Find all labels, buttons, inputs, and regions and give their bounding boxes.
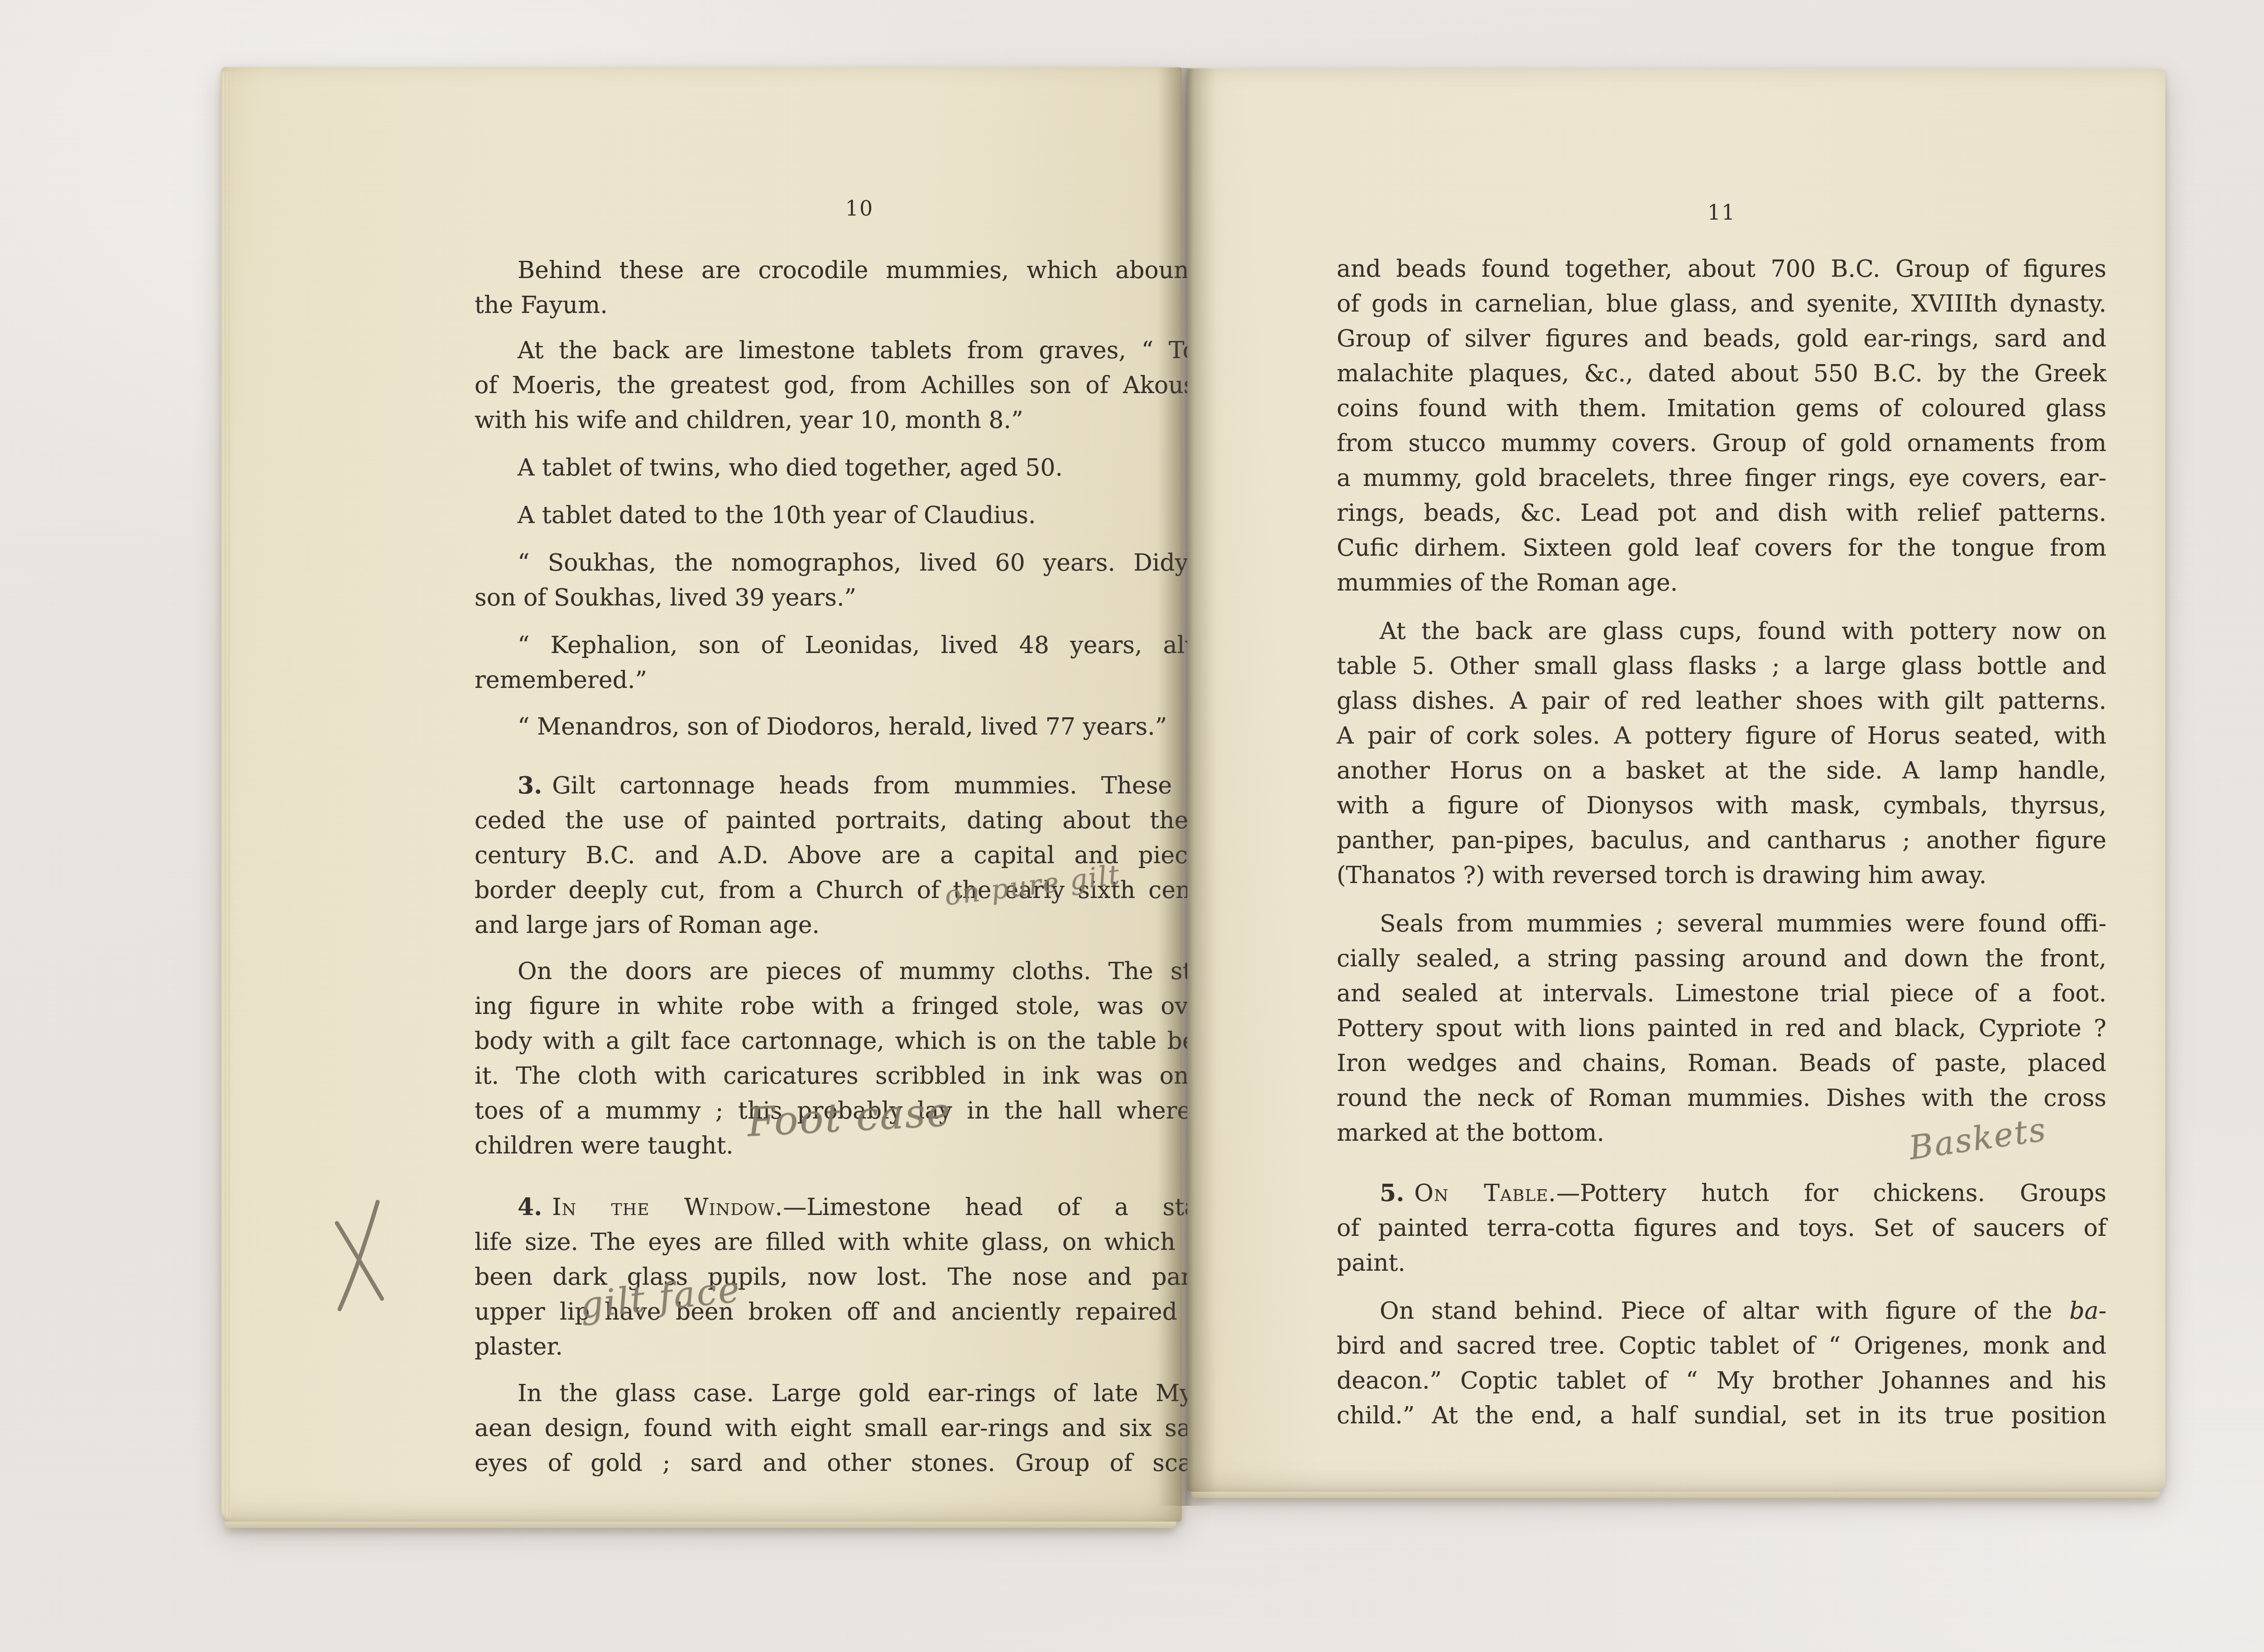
text-line: body with a gilt face cartonnage, which … <box>475 1024 1244 1059</box>
paragraph: and beads found together, about 700 B.C.… <box>1337 252 2106 600</box>
text-segment: 5. <box>1380 1179 1404 1207</box>
paragraph: A tablet of twins, who died together, ag… <box>475 451 1244 485</box>
text-line: ceded the use of painted portraits, dati… <box>475 803 1244 838</box>
text-line: Group of silver figures and beads, gold … <box>1337 322 2106 356</box>
text-segment: ba- <box>2069 1297 2106 1325</box>
text-line: plaster. <box>475 1330 1244 1364</box>
text-segment: On stand behind. Piece of altar with fig… <box>1380 1297 2069 1325</box>
text-line: son of Soukhas, lived 39 years.” <box>475 581 1244 615</box>
paragraph: “ Menandros, son of Diodoros, herald, li… <box>475 710 1244 744</box>
left-page-text-column: 10 Behind these are crocodile mummies, w… <box>475 196 1244 1481</box>
paragraph: At the back are glass cups, found with p… <box>1337 614 2106 893</box>
text-line: and sealed at intervals. Limestone trial… <box>1337 976 2106 1011</box>
text-line: glass dishes. A pair of red leather shoe… <box>1337 684 2106 719</box>
paragraph: 5.On Table.—Pottery hutch for chickens. … <box>1337 1176 2106 1281</box>
text-line: table 5. Other small glass flasks ; a la… <box>1337 649 2106 684</box>
text-line: Cufic dirhem. Sixteen gold leaf covers f… <box>1337 531 2106 566</box>
text-line: A tablet of twins, who died together, ag… <box>475 451 1244 485</box>
paragraph: A tablet dated to the 10th year of Claud… <box>475 498 1244 533</box>
text-line: panther, pan-pipes, baculus, and canthar… <box>1337 823 2106 858</box>
text-line: 4.In the Window.—Limestone head of a sta… <box>475 1190 1244 1225</box>
text-line: of painted terra-cotta figures and toys.… <box>1337 1211 2106 1246</box>
text-line: border deeply cut, from a Church of the … <box>475 873 1244 908</box>
paragraph: Seals from mummies ; several mummies wer… <box>1337 907 2106 1151</box>
text-line: from stucco mummy covers. Group of gold … <box>1337 426 2106 461</box>
paragraph: At the back are limestone tablets from g… <box>475 333 1244 438</box>
text-line: aean design, found with eight small ear-… <box>475 1411 1244 1446</box>
text-line: In the glass case. Large gold ear-rings … <box>475 1376 1244 1411</box>
text-line: toes of a mummy ; this probably lay in t… <box>475 1094 1244 1129</box>
text-line: and beads found together, about 700 B.C.… <box>1337 252 2106 287</box>
text-line: been dark glass pupils, now lost. The no… <box>475 1260 1244 1295</box>
text-line: Pottery spout with lions painted in red … <box>1337 1011 2106 1046</box>
text-line: coins found with them. Imitation gems of… <box>1337 391 2106 426</box>
text-line: paint. <box>1337 1246 2106 1281</box>
text-line: A pair of cork soles. A pottery figure o… <box>1337 719 2106 754</box>
text-line: At the back are glass cups, found with p… <box>1337 614 2106 649</box>
text-segment: In the Window. <box>552 1194 783 1221</box>
text-segment: 3. <box>518 772 542 799</box>
text-segment: 4. <box>518 1193 542 1221</box>
text-line: Iron wedges and chains, Roman. Beads of … <box>1337 1046 2106 1081</box>
paragraph: 3.Gilt cartonnage heads from mummies. Th… <box>475 768 1244 943</box>
text-line: 3.Gilt cartonnage heads from mummies. Th… <box>475 768 1244 803</box>
text-line: children were taught. <box>475 1129 1244 1163</box>
paragraph: “ Soukhas, the nomographos, lived 60 yea… <box>475 546 1244 615</box>
text-line: the Fayum. <box>475 288 1244 323</box>
text-line: (Thanatos ?) with reversed torch is draw… <box>1337 858 2106 893</box>
text-line: cially sealed, a string passing around a… <box>1337 941 2106 976</box>
text-line: At the back are limestone tablets from g… <box>475 333 1244 368</box>
text-line: life size. The eyes are filled with whit… <box>475 1225 1244 1260</box>
text-line: “ Kephalion, son of Leonidas, lived 48 y… <box>475 628 1244 663</box>
text-line: with his wife and children, year 10, mon… <box>475 403 1244 438</box>
text-segment: On Table. <box>1414 1180 1556 1207</box>
text-segment: —Pottery hutch for chickens. Groups <box>1556 1180 2106 1207</box>
text-line: of Moeris, the greatest god, from Achill… <box>475 368 1244 403</box>
text-line: with a figure of Dionysos with mask, cym… <box>1337 788 2106 823</box>
right-page-text-column: 11 and beads found together, about 700 B… <box>1337 200 2106 1433</box>
text-line: eyes of gold ; sard and other stones. Gr… <box>475 1446 1244 1481</box>
text-line: bird and sacred tree. Coptic tablet of “… <box>1337 1329 2106 1364</box>
right-page: 11 and beads found together, about 700 B… <box>1187 69 2165 1492</box>
text-line: “ Menandros, son of Diodoros, herald, li… <box>475 710 1244 744</box>
paragraph: “ Kephalion, son of Leonidas, lived 48 y… <box>475 628 1244 698</box>
text-line: rings, beads, &c. Lead pot and dish with… <box>1337 496 2106 531</box>
text-line: On stand behind. Piece of altar with fig… <box>1337 1294 2106 1329</box>
page-number-left: 10 <box>475 196 1244 221</box>
text-line: “ Soukhas, the nomographos, lived 60 yea… <box>475 546 1244 581</box>
text-line: upper lip have been broken off and ancie… <box>475 1295 1244 1330</box>
text-line: Seals from mummies ; several mummies wer… <box>1337 907 2106 941</box>
text-line: 5.On Table.—Pottery hutch for chickens. … <box>1337 1176 2106 1211</box>
text-segment: Gilt cartonnage heads from mummies. Thes… <box>552 772 1244 799</box>
text-line: it. The cloth with caricatures scribbled… <box>475 1059 1244 1094</box>
text-line: Behind these are crocodile mummies, whic… <box>475 253 1244 288</box>
paragraph: 4.In the Window.—Limestone head of a sta… <box>475 1190 1244 1364</box>
left-page: 10 Behind these are crocodile mummies, w… <box>221 67 1182 1522</box>
page-number-right: 11 <box>1337 200 2106 225</box>
text-line: malachite plaques, &c., dated about 550 … <box>1337 356 2106 391</box>
text-line: remembered.” <box>475 663 1244 698</box>
text-line: another Horus on a basket at the side. A… <box>1337 754 2106 788</box>
text-line: A tablet dated to the 10th year of Claud… <box>475 498 1244 533</box>
text-line: child.” At the end, a half sundial, set … <box>1337 1398 2106 1433</box>
text-line: deacon.” Coptic tablet of “ My brother J… <box>1337 1364 2106 1398</box>
photo-backdrop: 10 Behind these are crocodile mummies, w… <box>0 0 2264 1652</box>
text-segment: —Limestone head of a statue, <box>783 1194 1244 1221</box>
paragraph: Behind these are crocodile mummies, whic… <box>475 253 1244 323</box>
text-line: and large jars of Roman age. <box>475 908 1244 943</box>
text-line: ing figure in white robe with a fringed … <box>475 989 1244 1024</box>
text-line: of gods in carnelian, blue glass, and sy… <box>1337 287 2106 322</box>
paragraph: In the glass case. Large gold ear-rings … <box>475 1376 1244 1481</box>
text-line: mummies of the Roman age. <box>1337 566 2106 600</box>
text-line: a mummy, gold bracelets, three finger ri… <box>1337 461 2106 496</box>
text-line: marked at the bottom. <box>1337 1116 2106 1151</box>
text-line: round the neck of Roman mummies. Dishes … <box>1337 1081 2106 1116</box>
paragraph: On the doors are pieces of mummy cloths.… <box>475 954 1244 1163</box>
text-line: On the doors are pieces of mummy cloths.… <box>475 954 1244 989</box>
paragraph: On stand behind. Piece of altar with fig… <box>1337 1294 2106 1433</box>
text-line: century B.C. and A.D. Above are a capita… <box>475 838 1244 873</box>
